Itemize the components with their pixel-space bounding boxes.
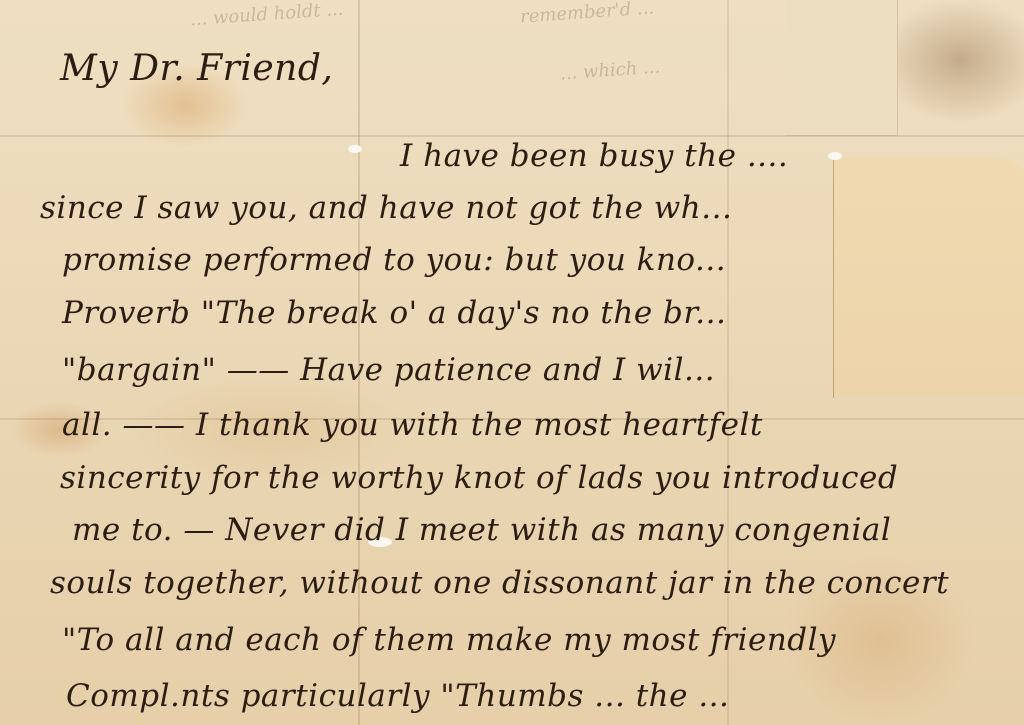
letter-line: "To all and each of them make my most fr… bbox=[62, 622, 836, 658]
letter-line: sincerity for the worthy knot of lads yo… bbox=[60, 460, 898, 496]
letter-line: Compl.nts particularly "Thumbs ... the .… bbox=[66, 678, 729, 714]
letter-line: since I saw you, and have not got the wh… bbox=[40, 190, 732, 226]
salutation: My Dr. Friend, bbox=[60, 48, 333, 89]
letter-line: me to. — Never did I meet with as many c… bbox=[72, 512, 891, 548]
pin-hole bbox=[348, 145, 362, 153]
letter-line: I have been busy the .... bbox=[400, 138, 788, 174]
letter-page: remember'd ... ... would holdt ... ... w… bbox=[0, 0, 1024, 725]
bleedthrough-text: remember'd ... bbox=[519, 0, 654, 28]
letter-line: all. —— I thank you with the most heartf… bbox=[62, 407, 763, 443]
paper-repair-patch bbox=[833, 158, 1024, 398]
fold-crease-vertical bbox=[727, 0, 729, 725]
bleedthrough-text: ... would holdt ... bbox=[189, 0, 344, 30]
letter-line: Proverb "The break o' a day's no the br.… bbox=[62, 295, 726, 331]
paper-repair-patch bbox=[785, 0, 898, 136]
letter-line: promise performed to you: but you kno... bbox=[62, 242, 726, 278]
letter-line: souls together, without one dissonant ja… bbox=[50, 565, 949, 601]
pin-hole bbox=[828, 152, 842, 160]
bleedthrough-text: ... which ... bbox=[559, 57, 660, 85]
letter-line: "bargain" —— Have patience and I wil... bbox=[62, 352, 715, 388]
